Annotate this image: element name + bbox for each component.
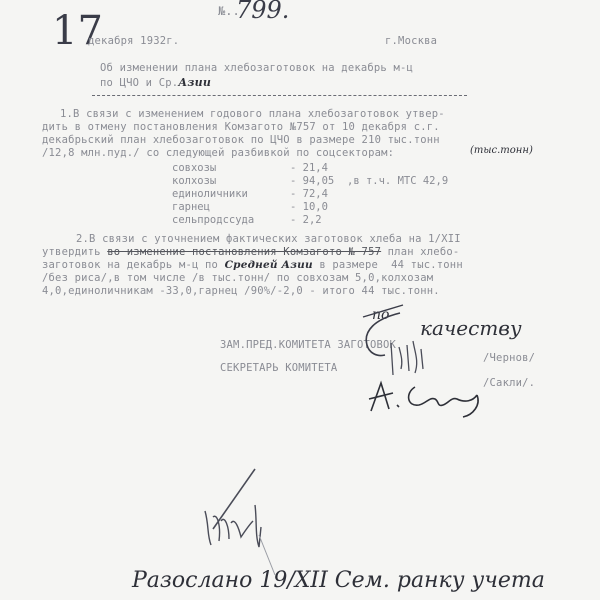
para1-line3: декабрьский план хлебозаготовок по ЦЧО в… [42, 134, 440, 146]
para2-line3-pre: заготовок на декабрь м-ц по [42, 259, 225, 271]
sector-value: - 72,4 [290, 188, 328, 200]
sector-value: - 94,05 [290, 175, 334, 187]
sector-value: - 2,2 [290, 214, 322, 226]
title-underline [92, 95, 467, 96]
sector-note: ,в т.ч. МТС 42,9 [347, 175, 448, 187]
document-page: №.. 799. 17 декабря 1932г. г.Москва Об и… [0, 0, 600, 600]
table-row: совхозы- 21,4 [172, 162, 216, 174]
title-line2-typed: по ЦЧО и Ср. [100, 77, 178, 89]
sector-value: - 21,4 [290, 162, 328, 174]
para2-struck-text: во изменение постановления Комзагото № 7… [107, 246, 381, 258]
para2-line3: заготовок на декабрь м-ц по Средней Азии… [42, 259, 463, 271]
date-text: декабря 1932г. [88, 35, 179, 47]
para1-hand-note: (тыс.тонн) [470, 145, 533, 156]
para2-line1: 2.В связи с уточнением фактических загот… [76, 233, 461, 245]
para2-line4: /без риса/,в том числе /в тыс.тонн/ по с… [42, 272, 433, 284]
signatory1-name: /Чернов/ [483, 352, 535, 364]
table-row: единоличники- 72,4 [172, 188, 248, 200]
title-line2-hand: Азии [178, 76, 211, 89]
sector-name: единоличники [172, 188, 248, 200]
doc-number: 799. [236, 0, 289, 24]
title-line2: по ЦЧО и Ср.Азии [100, 76, 211, 89]
para2-line2: утвердить во изменение постановления Ком… [42, 246, 459, 258]
sector-name: гарнец [172, 201, 210, 213]
hand-kachestvo: качеству [420, 316, 522, 340]
sector-name: сельпродссуда [172, 214, 254, 226]
para2-hand-region: Средней Азии [225, 259, 313, 271]
para2-line3-post: в размере 44 тыс.тонн [313, 259, 463, 271]
title-line1: Об изменении плана хлебозаготовок на дек… [100, 62, 413, 74]
table-row: колхозы- 94,05,в т.ч. МТС 42,9 [172, 175, 216, 187]
para2-line5: 4,0,единоличникам -33,0,гарнец /90%/-2,0… [42, 285, 440, 297]
table-row: сельпродссуда- 2,2 [172, 214, 254, 226]
sector-value: - 10,0 [290, 201, 328, 213]
bottom-note: Разослано 19/XII Сем. ранку учета [132, 568, 545, 593]
date-day: 17 [52, 8, 103, 54]
para2-line2-pre: утвердить [42, 246, 107, 258]
para1-line2: дить в отмену постановления Комзагото №7… [42, 121, 440, 133]
para1-line4: /12,8 млн.пуд./ со следующей разбивкой п… [42, 147, 394, 159]
table-row: гарнец- 10,0 [172, 201, 210, 213]
para2-line2-post: план хлебо- [381, 246, 459, 258]
para1-line1: 1.В связи с изменением годового плана хл… [60, 108, 445, 120]
bottom-signature [195, 465, 315, 575]
signatory2-title: СЕКРЕТАРЬ КОМИТЕТА [220, 362, 337, 374]
sector-name: колхозы [172, 175, 216, 187]
sakli-signature [365, 375, 495, 425]
city: г.Москва [385, 35, 437, 47]
sector-name: совхозы [172, 162, 216, 174]
